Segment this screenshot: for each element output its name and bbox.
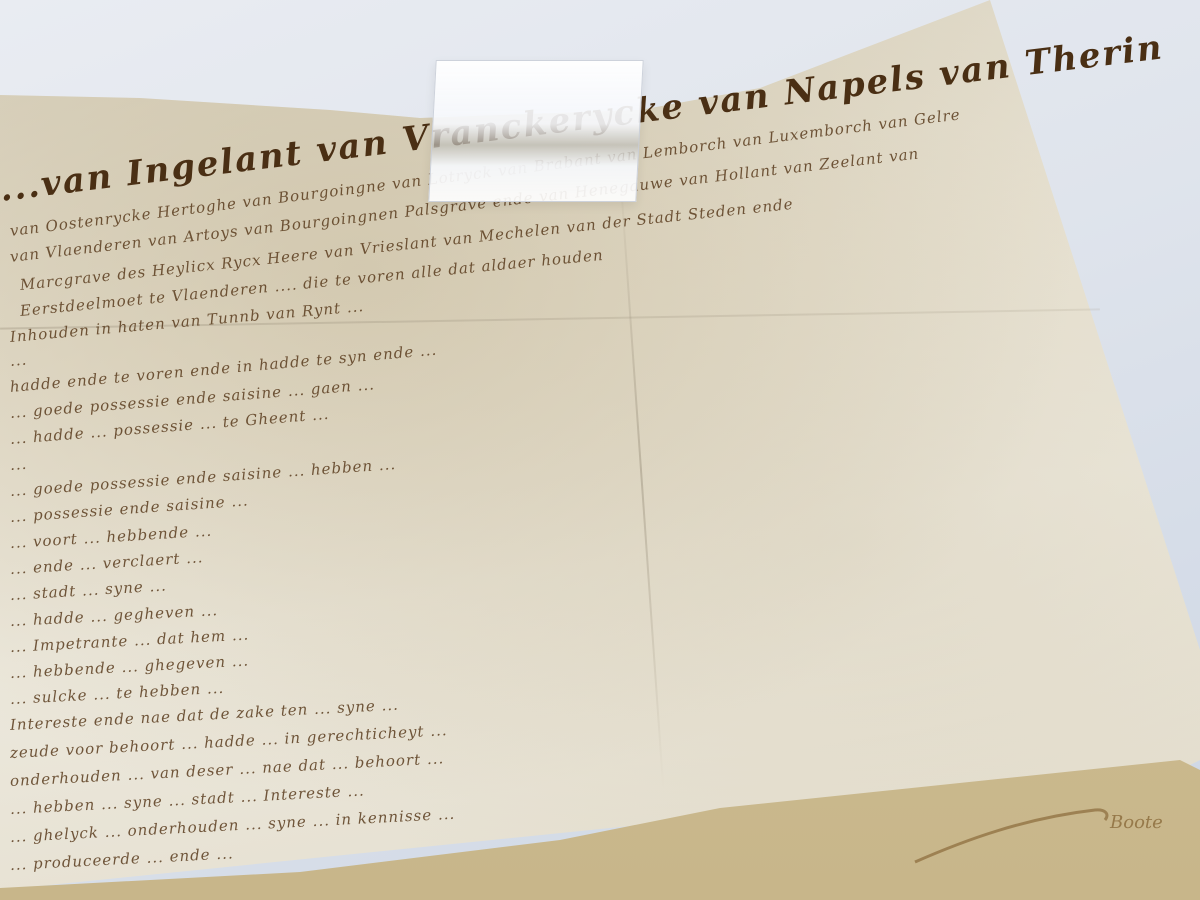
text-line: ... hadde ... gegheven ... — [10, 601, 219, 630]
text-line: ... sulcke ... te hebben ... — [10, 679, 225, 708]
signature-stroke-icon: Boote — [905, 800, 1165, 870]
text-line: ... — [9, 351, 28, 370]
signature-text: Boote — [1109, 812, 1163, 833]
text-line: ... voort ... hebbende ... — [9, 522, 212, 552]
text-line: ... ende ... verclaert ... — [9, 548, 203, 578]
text-line: ... — [9, 455, 28, 474]
photo-scene: ...van Ingelant van Vranckerycke van Nap… — [0, 0, 1200, 900]
text-line: ... stadt ... syne ... — [9, 576, 167, 604]
acrylic-weight-block — [428, 60, 643, 202]
signature-flourish: Boote — [905, 800, 1165, 870]
text-line: ... produceerde ... ende ... — [10, 844, 235, 874]
text-line: ... Impetrante ... dat hem ... — [10, 625, 250, 656]
text-line: ... hebbende ... ghegeven ... — [10, 651, 250, 682]
text-line: ... goede possessie ende saisine ... heb… — [9, 455, 396, 500]
